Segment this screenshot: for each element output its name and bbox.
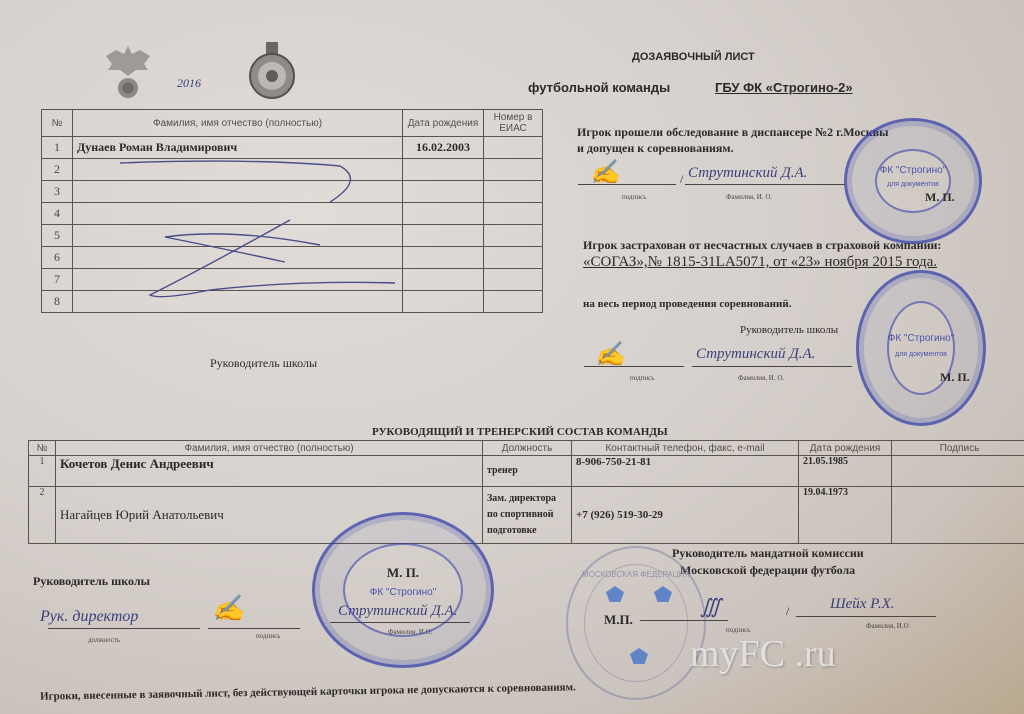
table-row: 4 <box>42 203 543 225</box>
mandate-commission-title-1: Руководитель мандатной комиссии <box>672 546 864 561</box>
footer-signature-line <box>208 628 300 629</box>
row-number: 2 <box>29 487 56 544</box>
row-number: 2 <box>42 159 73 181</box>
medical-signature-caption: подпись <box>622 193 646 201</box>
player-eias <box>484 203 543 225</box>
table-row: 5 <box>42 225 543 247</box>
separator-slash: / <box>680 172 683 187</box>
federation-signature-line <box>640 620 728 621</box>
table-row: 7 <box>42 269 543 291</box>
footer-position-handwritten: Рук. директор <box>40 608 138 626</box>
staff-signature <box>892 456 1024 487</box>
row-number: 4 <box>42 203 73 225</box>
row-number: 7 <box>42 269 73 291</box>
federation-name-line <box>796 616 936 617</box>
separator-slash: / <box>786 604 789 619</box>
staff-col-signature: Подпись <box>892 441 1024 456</box>
player-birthdate <box>403 291 484 313</box>
federation-ball-icon <box>244 40 300 100</box>
insurance-signature: ✍ <box>595 340 625 369</box>
staff-phone: 8-906-750-21-81 <box>572 456 799 487</box>
document-title: ДОЗАЯВОЧНЫЙ ЛИСТ <box>632 51 755 63</box>
player-name <box>73 203 403 225</box>
team-label: футбольной команды <box>528 80 670 95</box>
medical-name-caption: Фамилия, И. О. <box>726 193 772 201</box>
eagle-emblem-icon <box>98 40 158 100</box>
footer-head-label: Руководитель школы <box>33 574 150 589</box>
staff-title: РУКОВОДЯЩИЙ И ТРЕНЕРСКИЙ СОСТАВ КОМАНДЫ <box>372 426 668 438</box>
insurance-text-line3: на весь период проведения соревнований. <box>583 298 791 310</box>
insurance-head-label: Руководитель школы <box>740 324 838 336</box>
table-row: 3 <box>42 181 543 203</box>
moscow-federation-logo <box>244 40 300 100</box>
staff-col-birthdate: Дата рождения <box>799 441 892 456</box>
staff-signature <box>892 487 1024 544</box>
staff-position: Зам. директора по спортивной подготовке <box>483 487 572 544</box>
insurance-text-line1: Игрок застрахован от несчастных случаев … <box>583 238 941 253</box>
players-table: № Фамилия, имя отчество (полностью) Дата… <box>41 109 543 313</box>
player-birthdate <box>403 247 484 269</box>
team-name: ГБУ ФК «Строгино-2» <box>715 80 853 95</box>
federation-signature: ∭ <box>700 594 721 619</box>
player-eias <box>484 225 543 247</box>
table-row: 6 <box>42 247 543 269</box>
table-row: 2 <box>42 159 543 181</box>
staff-col-contact: Контактный телефон, факс, e-mail <box>572 441 799 456</box>
mandate-commission-title-2: Московской федерации футбола <box>680 563 855 578</box>
col-eias: Номер в ЕИАС <box>484 110 543 137</box>
player-eias <box>484 159 543 181</box>
staff-table: № Фамилия, имя отчество (полностью) Долж… <box>28 440 1024 544</box>
player-name <box>73 247 403 269</box>
player-name <box>73 269 403 291</box>
staff-position: тренер <box>483 456 572 487</box>
player-name <box>73 159 403 181</box>
federation-stamp: МОСКОВСКАЯ ФЕДЕРАЦИЯ <box>566 546 706 700</box>
player-eias <box>484 269 543 291</box>
year-handwritten: 2016 <box>177 76 201 91</box>
row-number: 1 <box>42 137 73 159</box>
footer-position-caption: должность <box>88 636 120 644</box>
player-eias <box>484 181 543 203</box>
insurance-name-line <box>692 366 852 367</box>
insurance-stamp-mark: М. П. <box>940 370 970 385</box>
player-birthdate <box>403 225 484 247</box>
medical-stamp-mark: М. П. <box>925 190 955 205</box>
player-name <box>73 291 403 313</box>
insurance-text-line2: «СОГАЗ»,№ 1815-31LA5071, от «23» ноября … <box>583 254 937 271</box>
insurance-name-caption: Фамилия, И. О. <box>738 374 784 382</box>
staff-phone: +7 (926) 519-30-29 <box>572 487 799 544</box>
watermark: myFC .ru <box>690 632 836 676</box>
player-birthdate <box>403 159 484 181</box>
table-row: 8 <box>42 291 543 313</box>
footer-position-line <box>48 628 200 629</box>
row-number: 8 <box>42 291 73 313</box>
row-number: 3 <box>42 181 73 203</box>
school-head-label-left: Руководитель школы <box>210 356 317 371</box>
player-name <box>73 225 403 247</box>
medical-signed-name: Струтинский Д.А. <box>688 165 807 182</box>
player-birthdate <box>403 181 484 203</box>
federation-stamp-mark: М.П. <box>604 612 633 628</box>
player-eias <box>484 137 543 159</box>
medical-name-line <box>685 184 845 185</box>
player-name <box>73 181 403 203</box>
player-birthdate <box>403 269 484 291</box>
table-row: 1Дунаев Роман Владимирович16.02.2003 <box>42 137 543 159</box>
col-birthdate: Дата рождения <box>403 110 484 137</box>
table-row: 2Нагайцев Юрий АнатольевичЗам. директора… <box>29 487 1024 544</box>
staff-birthdate: 19.04.1973 <box>799 487 892 544</box>
staff-col-number: № <box>29 441 56 456</box>
insurance-signed-name: Струтинский Д.А. <box>696 346 815 363</box>
russia-eagle-logo <box>98 40 158 100</box>
federation-signed-name: Шейх Р.Х. <box>830 596 895 613</box>
col-number: № <box>42 110 73 137</box>
staff-col-fullname: Фамилия, имя отчество (полностью) <box>56 441 483 456</box>
row-number: 1 <box>29 456 56 487</box>
medical-text-line1: Игрок прошели обследование в диспансере … <box>577 125 889 140</box>
club-stamp-top: ФК "Строгино" для документов <box>844 118 982 244</box>
col-fullname: Фамилия, имя отчество (полностью) <box>73 110 403 137</box>
footer-signature: ✍ <box>212 594 244 624</box>
player-eias <box>484 247 543 269</box>
staff-col-position: Должность <box>483 441 572 456</box>
player-birthdate: 16.02.2003 <box>403 137 484 159</box>
player-name: Дунаев Роман Владимирович <box>73 137 403 159</box>
footer-signature-caption: подпись <box>256 632 280 640</box>
club-stamp-bottom: М. П. ФК "Строгино" <box>312 512 494 668</box>
insurance-signature-caption: подпись <box>630 374 654 382</box>
row-number: 5 <box>42 225 73 247</box>
footnote: Игроки, внесенные в заявочный лист, без … <box>40 681 576 702</box>
table-row: 1Кочетов Денис Андреевичтренер8-906-750-… <box>29 456 1024 487</box>
club-stamp-right: ФК "Строгино" для документов <box>856 270 986 426</box>
staff-birthdate: 21.05.1985 <box>799 456 892 487</box>
row-number: 6 <box>42 247 73 269</box>
federation-name-caption: Фамилия, И.О <box>866 622 909 630</box>
staff-name: Кочетов Денис Андреевич <box>56 456 483 487</box>
medical-text-line2: и допущен к соревнованиям. <box>577 141 734 156</box>
player-birthdate <box>403 203 484 225</box>
player-eias <box>484 291 543 313</box>
document-sheet: 2016 ДОЗАЯВОЧНЫЙ ЛИСТ футбольной команды… <box>0 0 1024 714</box>
medical-signature: ✍ <box>590 158 620 187</box>
